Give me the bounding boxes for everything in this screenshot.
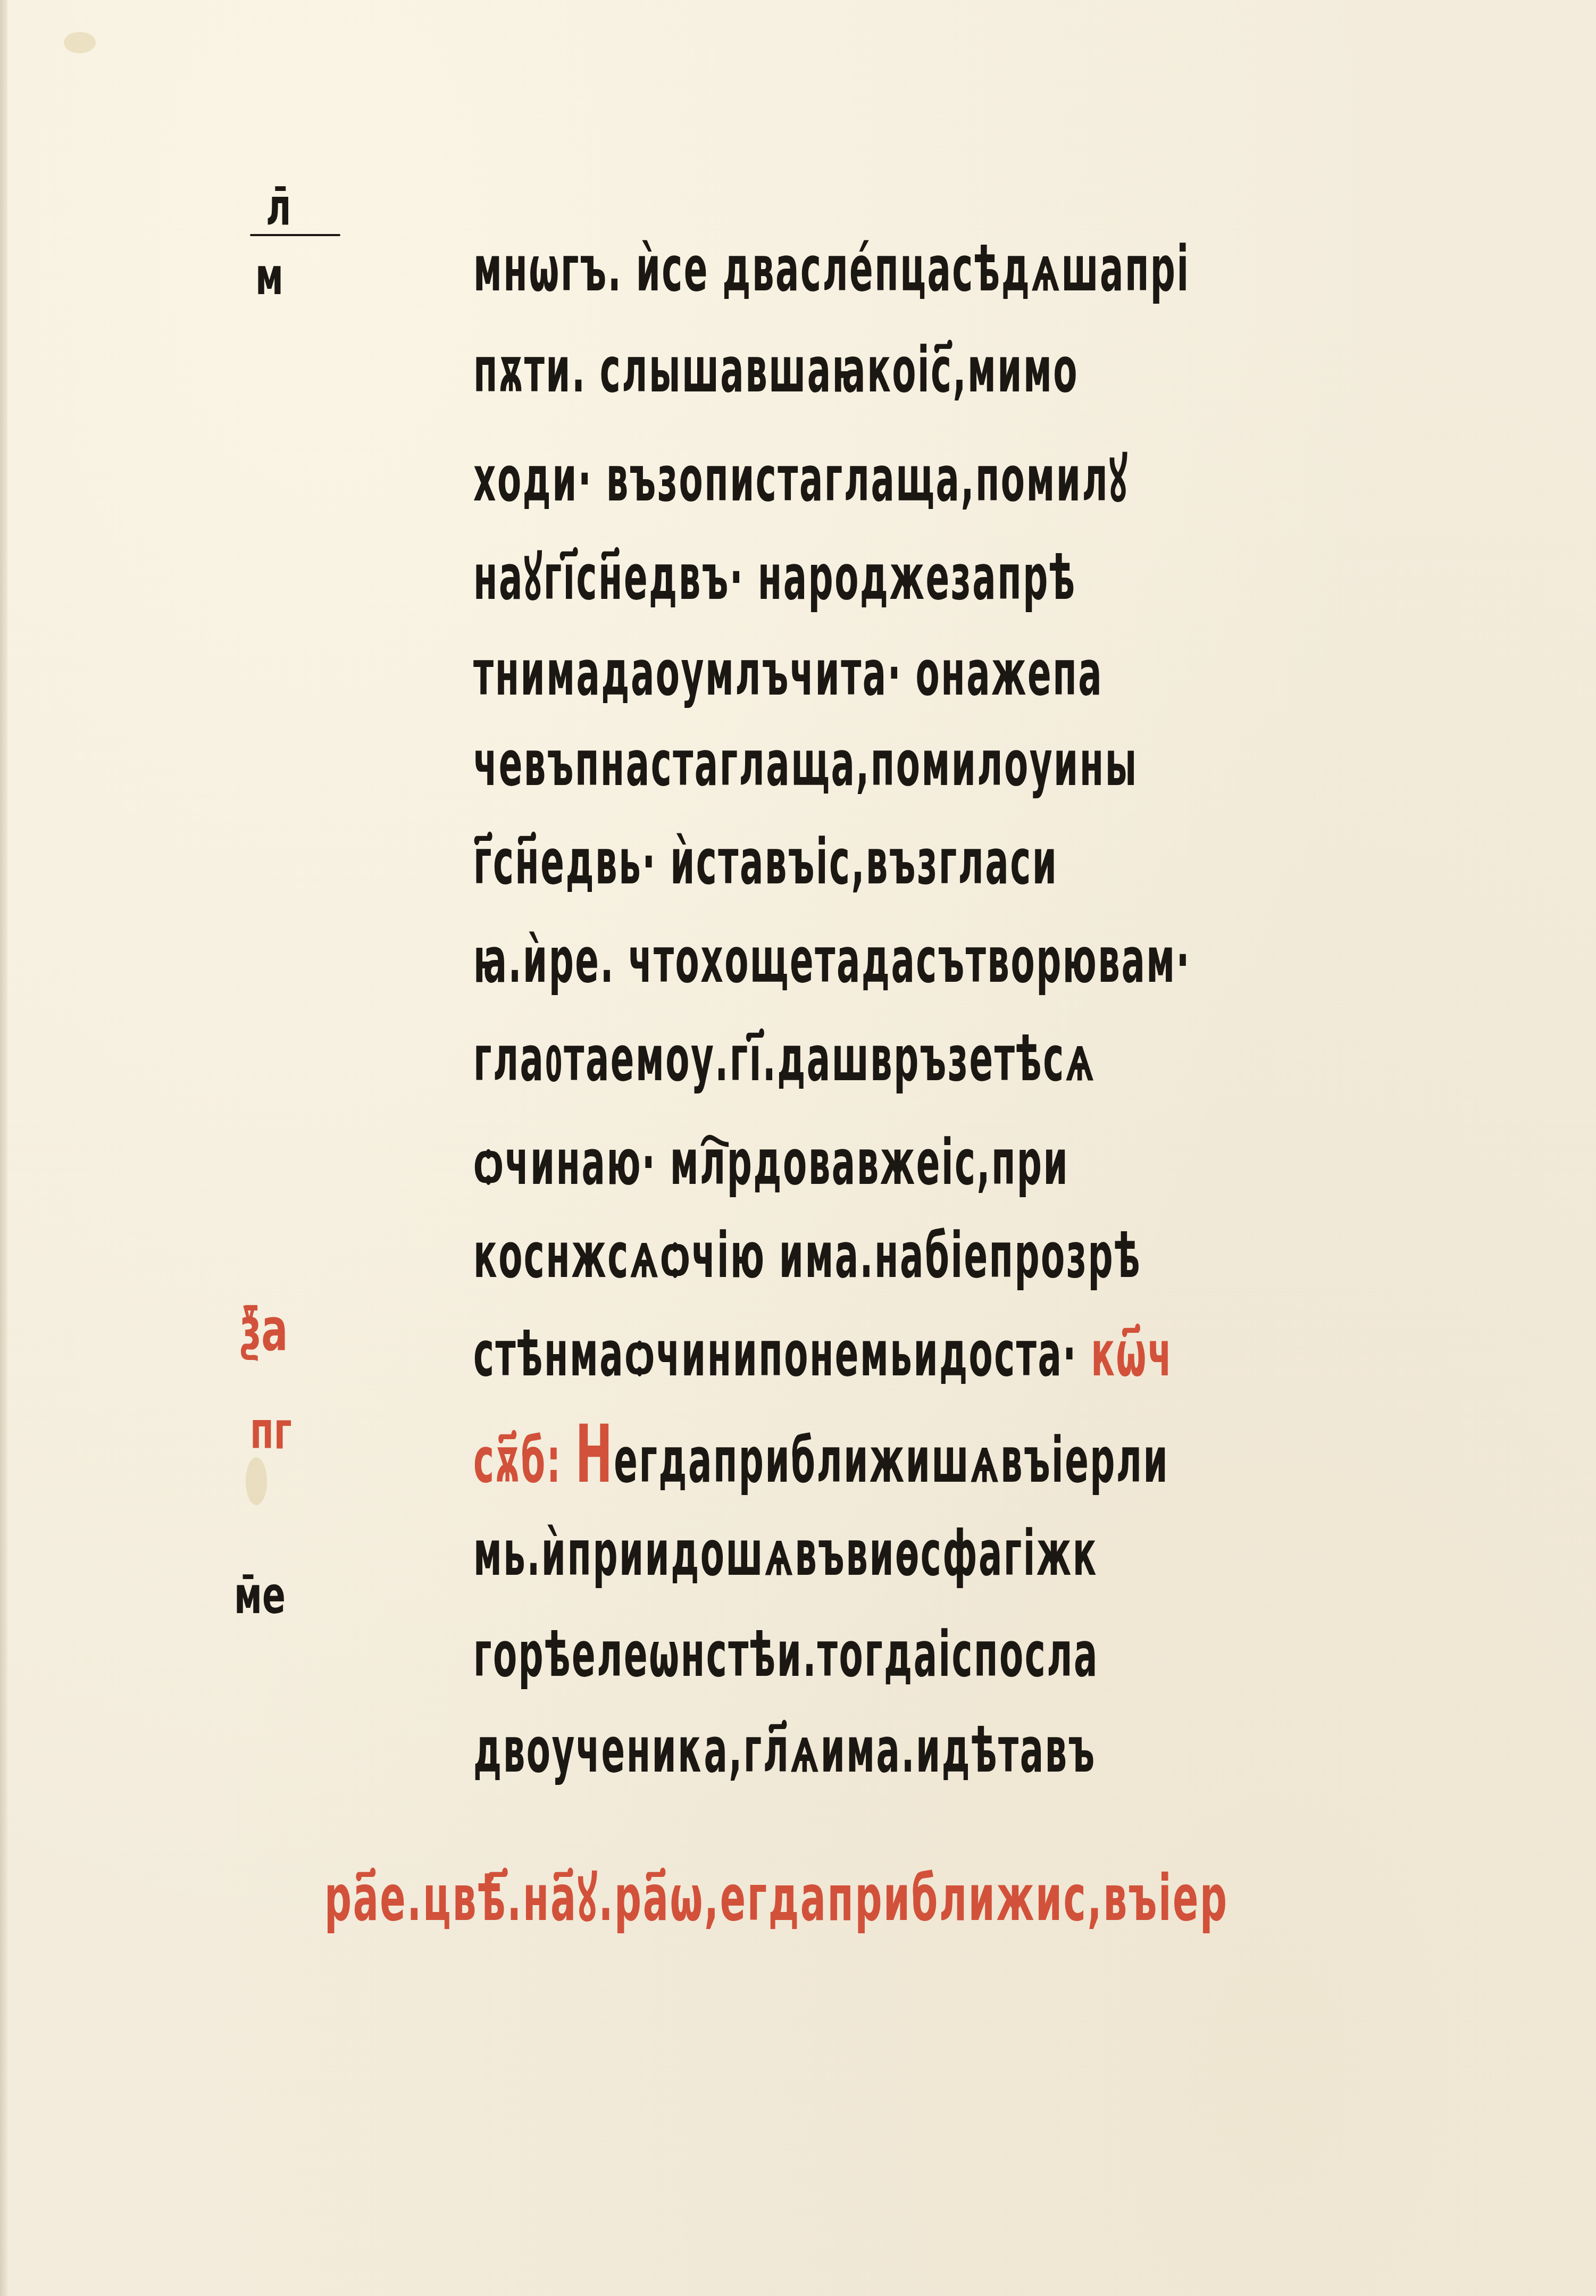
foxing-stain <box>64 32 96 53</box>
text-line-13: сѫ҃б: Негдаприближишѧвъіерли <box>473 1420 1100 1495</box>
text-line-8: ꙗ.ѝре. чтохощетадасътворювам· <box>473 925 1100 995</box>
text-line-7: г҃сн҃едвь· ѝставъіс,възгласи <box>473 827 1100 896</box>
text-line-9: глаᲂтаемоу.гі҃.дашвръзетѣсѧ <box>473 1024 1100 1093</box>
rubric-sub: сѫ҃б: <box>473 1423 562 1497</box>
text-line-6: чевъпнастаглаща,помилоуины <box>473 729 1100 798</box>
rubric-ko: кѡ҃ч <box>1091 1317 1173 1390</box>
text-line-16: двоучениκа,гл҃ѧима.идѣтавъ <box>473 1715 1100 1784</box>
foxing-stain <box>246 1457 267 1505</box>
text-line-14: мь.ѝприидошѧвъвиѳсфагіжк <box>473 1518 1100 1588</box>
page-binding-edge <box>0 0 7 2296</box>
margin-note-me: м̄е <box>234 1569 286 1622</box>
text-line-3: ходи· възопистаглаща,помилꙋ <box>473 444 1100 513</box>
margin-note-pg: пг <box>250 1404 292 1457</box>
footer-rubric: ра҃е.цвѣ҃.на҃ꙋ.ра҃ѡ,егдаприближис,въіер <box>324 1861 1132 1936</box>
margin-note-rule <box>250 234 340 236</box>
text-line-10: ѻчинаю· мл҇рдовавжеіс,при <box>473 1128 1100 1197</box>
text-line-4: наꙋгі҃сн҃едвъ· народжезапрѣ <box>473 542 1100 612</box>
text-line-12: стѣнмаѻчинипонемьидоста· кѡ҃ч <box>473 1319 1100 1388</box>
margin-note-l: л̄ <box>266 181 291 234</box>
text-line-2: пѫти. слышавшаꙗкоіс҃,мимо <box>473 335 1100 404</box>
red-initial-n: Н <box>575 1408 614 1501</box>
text-line-15: горѣелеѡнстѣи.тогдаіспосла <box>473 1619 1100 1689</box>
text-line-11: коснжсѧѻчію има.набіепрозрѣ <box>473 1221 1100 1290</box>
text-line-12-body: стѣнмаѻчинипонемьидоста· <box>473 1317 1077 1390</box>
margin-note-m: м <box>255 250 283 303</box>
text-line-5: тнимадаоумлъчита· онажепа <box>473 638 1100 707</box>
text-line-13-body: егдаприближишѧвъіерли <box>614 1423 1169 1497</box>
margin-note-xia: ѯ̄а <box>239 1303 288 1356</box>
text-line-1: мнѡгъ. ѝсе двасле́пцасѣдѧшапрі <box>473 234 1100 303</box>
